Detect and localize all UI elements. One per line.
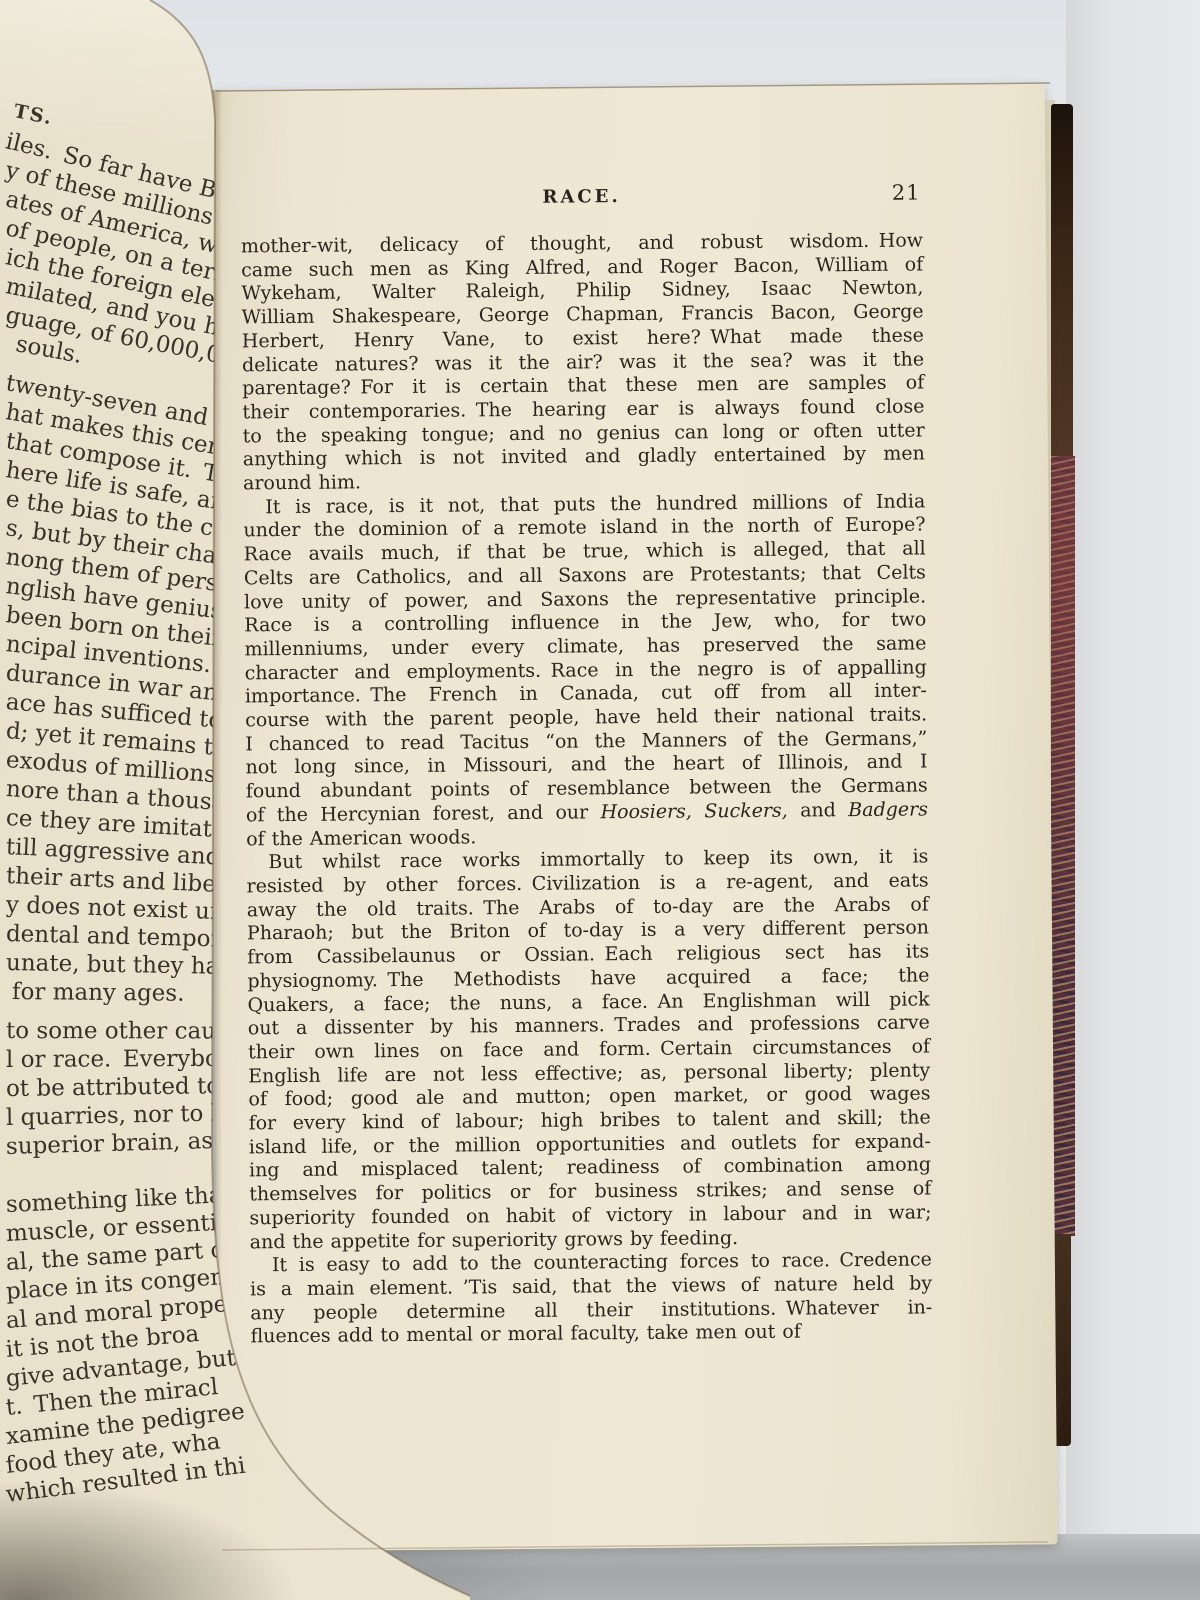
paragraph: It is easy to add to the counteracting f… (250, 1249, 933, 1350)
corner-shadow (0, 1480, 300, 1600)
page-header-row: RACE. 21 (241, 183, 923, 210)
binding-strip-top (1051, 104, 1073, 458)
paragraph: But whilst race works immortally to keep… (246, 846, 931, 1255)
page-body-text: mother-wit, delicacy of thought, and rob… (241, 229, 933, 1349)
left-running-head-fragment: TS. (12, 100, 55, 129)
page-number: 21 (892, 180, 921, 204)
running-head: RACE. (542, 186, 620, 208)
book-photo: RACE. 21 mother-wit, delicacy of thought… (0, 0, 1200, 1600)
marbled-endpaper (1051, 456, 1075, 1236)
text-line: fluences add to mental or moral faculty,… (250, 1320, 932, 1350)
book-page-right: RACE. 21 mother-wit, delicacy of thought… (207, 82, 1058, 1551)
backdrop-right (1066, 0, 1200, 1600)
paragraph: mother-wit, delicacy of thought, and rob… (241, 229, 925, 496)
paragraph: It is race, is it not, that puts the hun… (243, 490, 928, 851)
